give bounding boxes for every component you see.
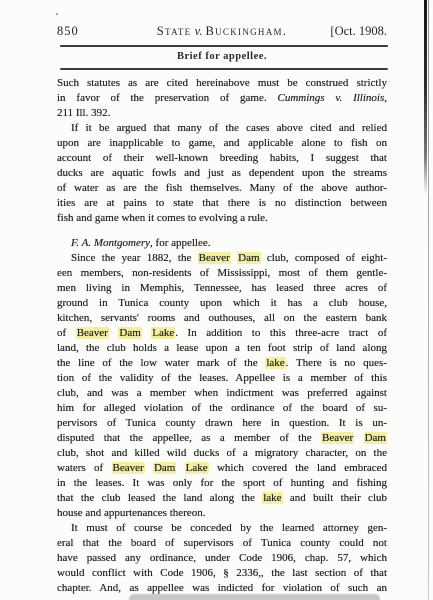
text-run: ducks are aquatic fowls and just as depe… bbox=[57, 167, 387, 179]
text-line: tion of the validity of the leases. Appe… bbox=[57, 371, 387, 386]
text-line: pervisors of Tunica county drawn here in… bbox=[57, 416, 387, 431]
text-run: . There is no ques- bbox=[286, 357, 387, 369]
paragraph: F. A. Montgomery, for appellee. bbox=[57, 236, 387, 251]
text-run: Buckingham. bbox=[205, 24, 287, 38]
text-line: eral that the board of supervisors of Tu… bbox=[57, 536, 387, 551]
text-line: ducks are aquatic fowls and just as depe… bbox=[57, 166, 387, 181]
search-highlight: Dam bbox=[237, 252, 260, 264]
scanned-page: 850 State v. Buckingham. [Oct. 1908. Bri… bbox=[0, 0, 433, 600]
search-highlight: Lake bbox=[151, 327, 175, 339]
text-run bbox=[176, 462, 184, 474]
text-run: club, and was a member when indictment w… bbox=[57, 387, 387, 399]
text-line: It must of course be conceded by the lea… bbox=[57, 521, 387, 536]
text-run: the line of the low water mark of the bbox=[57, 357, 265, 369]
page-header: 850 State v. Buckingham. [Oct. 1908. bbox=[57, 24, 387, 40]
text-line: waters of Beaver Dam Lake which covered … bbox=[57, 461, 387, 476]
text-run: and built their club bbox=[283, 492, 387, 504]
search-highlight: Lake bbox=[185, 462, 209, 474]
section-header: Brief for appellee. bbox=[57, 51, 387, 62]
text-run: F. A. Montgomery bbox=[71, 237, 150, 249]
text-run: land, the club holds a lease upon a ten … bbox=[57, 342, 387, 354]
text-line: land, the club holds a lease upon a ten … bbox=[57, 341, 387, 356]
text-run: have passed any ordinance, under Code 19… bbox=[57, 552, 387, 564]
text-line: If it be argued that many of the cases a… bbox=[57, 121, 387, 136]
text-run: fish and game when it comes to evolving … bbox=[57, 212, 268, 224]
text-line: Since the year 1882, the Beaver Dam club… bbox=[57, 251, 387, 266]
search-highlight: lake bbox=[265, 357, 285, 369]
text-line: club, and was a member when indictment w… bbox=[57, 386, 387, 401]
text-run: pervisors of Tunica county drawn here in… bbox=[57, 417, 387, 429]
text-run: Cummings v. Illinois, bbox=[277, 92, 387, 104]
text-run: disputed that the appellee, as a member … bbox=[57, 432, 321, 444]
divider-rule-bottom bbox=[60, 68, 388, 70]
text-run: which covered the land embraced bbox=[209, 462, 387, 474]
search-highlight: Beaver bbox=[198, 252, 231, 264]
text-line: upon are inapplicable to game, and appli… bbox=[57, 136, 387, 151]
text-run: men living in Memphis, Tennessee, has le… bbox=[57, 282, 387, 294]
text-line: ities are at pains to state that there i… bbox=[57, 196, 387, 211]
text-line: have passed any ordinance, under Code 19… bbox=[57, 551, 387, 566]
scan-speck bbox=[56, 13, 58, 15]
search-highlight: Dam bbox=[153, 462, 176, 474]
text-run: chapter. And, as appellee was indicted f… bbox=[57, 582, 387, 594]
text-run: would conflict with Code 1906, § 2336,, … bbox=[57, 567, 387, 579]
text-run: 211 Ill. 392. bbox=[57, 107, 110, 119]
text-run: Such statutes as are cited hereinabove m… bbox=[57, 77, 387, 89]
text-line: in favor of the preservation of game. Cu… bbox=[57, 91, 387, 106]
body-text: Such statutes as are cited hereinabove m… bbox=[57, 76, 387, 596]
text-run bbox=[142, 327, 152, 339]
text-line: account of their well-known breeding hab… bbox=[57, 151, 387, 166]
text-run: If it be argued that many of the cases a… bbox=[71, 122, 387, 134]
text-run: waters of bbox=[57, 462, 112, 474]
text-run: State bbox=[157, 24, 192, 38]
text-line: of water as are the fish themselves. Man… bbox=[57, 181, 387, 196]
text-run: that the club leased the land along the bbox=[57, 492, 262, 504]
text-run: ities are at pains to state that there i… bbox=[57, 197, 387, 209]
text-line: disputed that the appellee, as a member … bbox=[57, 431, 387, 446]
text-run: in the leases. It was only for the sport… bbox=[57, 477, 387, 489]
text-run: . In addition to this three-acre tract o… bbox=[175, 327, 387, 339]
search-highlight: lake bbox=[262, 492, 282, 504]
search-highlight: Dam bbox=[118, 327, 141, 339]
search-highlight: Dam bbox=[364, 432, 387, 444]
text-run: of water as are the fish themselves. Man… bbox=[57, 182, 387, 194]
search-highlight: Beaver bbox=[76, 327, 109, 339]
text-run: of bbox=[57, 327, 76, 339]
text-line: of Beaver Dam Lake. In addition to this … bbox=[57, 326, 387, 341]
text-run: club, composed of eight- bbox=[261, 252, 387, 264]
text-line: house and appurtenances thereon. bbox=[57, 506, 387, 521]
text-run: eral that the board of supervisors of Tu… bbox=[57, 537, 387, 549]
text-run bbox=[145, 462, 153, 474]
search-highlight: Beaver bbox=[112, 462, 145, 474]
text-run: upon are inapplicable to game, and appli… bbox=[57, 137, 387, 149]
text-run: account of their well-known breeding hab… bbox=[57, 152, 387, 164]
text-line: Such statutes as are cited hereinabove m… bbox=[57, 76, 387, 91]
text-run: tion of the validity of the leases. Appe… bbox=[57, 372, 387, 384]
text-run bbox=[109, 327, 119, 339]
text-run: house and appurtenances thereon. bbox=[57, 507, 205, 519]
text-run: club, shot and killed wild ducks of a mi… bbox=[57, 447, 387, 459]
text-run: him for alleged violation of the ordinan… bbox=[57, 402, 387, 414]
scan-edge-shadow bbox=[424, 0, 427, 195]
date-label: [Oct. 1908. bbox=[330, 24, 387, 39]
text-line: fish and game when it comes to evolving … bbox=[57, 211, 387, 226]
divider-rule-top bbox=[60, 45, 388, 47]
text-line: kitchen, servants' rooms and outhouses, … bbox=[57, 311, 387, 326]
text-run: ground in Tunica county upon which it ha… bbox=[57, 297, 387, 309]
text-line: would conflict with Code 1906, § 2336,, … bbox=[57, 566, 387, 581]
text-line: that the club leased the land along the … bbox=[57, 491, 387, 506]
text-run bbox=[354, 432, 363, 444]
text-line: een members, non-residents of Mississipp… bbox=[57, 266, 387, 281]
text-line: in the leases. It was only for the sport… bbox=[57, 476, 387, 491]
paragraph: Such statutes as are cited hereinabove m… bbox=[57, 76, 387, 121]
text-line: F. A. Montgomery, for appellee. bbox=[57, 236, 387, 251]
search-highlight: Beaver bbox=[321, 432, 354, 444]
paragraph: Since the year 1882, the Beaver Dam club… bbox=[57, 251, 387, 521]
text-line: club, shot and killed wild ducks of a mi… bbox=[57, 446, 387, 461]
text-line: 211 Ill. 392. bbox=[57, 106, 387, 121]
text-line: men living in Memphis, Tennessee, has le… bbox=[57, 281, 387, 296]
scan-bottom-artifact bbox=[129, 594, 380, 600]
text-line: ground in Tunica county upon which it ha… bbox=[57, 296, 387, 311]
text-run: kitchen, servants' rooms and outhouses, … bbox=[57, 312, 387, 324]
text-run: , for appellee. bbox=[150, 237, 210, 249]
text-line: him for alleged violation of the ordinan… bbox=[57, 401, 387, 416]
text-run: Since the year 1882, the bbox=[71, 252, 198, 264]
paragraph: If it be argued that many of the cases a… bbox=[57, 121, 387, 226]
text-line: the line of the low water mark of the la… bbox=[57, 356, 387, 371]
text-run: It must of course be conceded by the lea… bbox=[71, 522, 387, 534]
text-run: een members, non-residents of Mississipp… bbox=[57, 267, 387, 279]
text-run: in favor of the preservation of game. bbox=[57, 92, 277, 104]
paragraph: It must of course be conceded by the lea… bbox=[57, 521, 387, 596]
scan-edge-line bbox=[428, 0, 429, 600]
